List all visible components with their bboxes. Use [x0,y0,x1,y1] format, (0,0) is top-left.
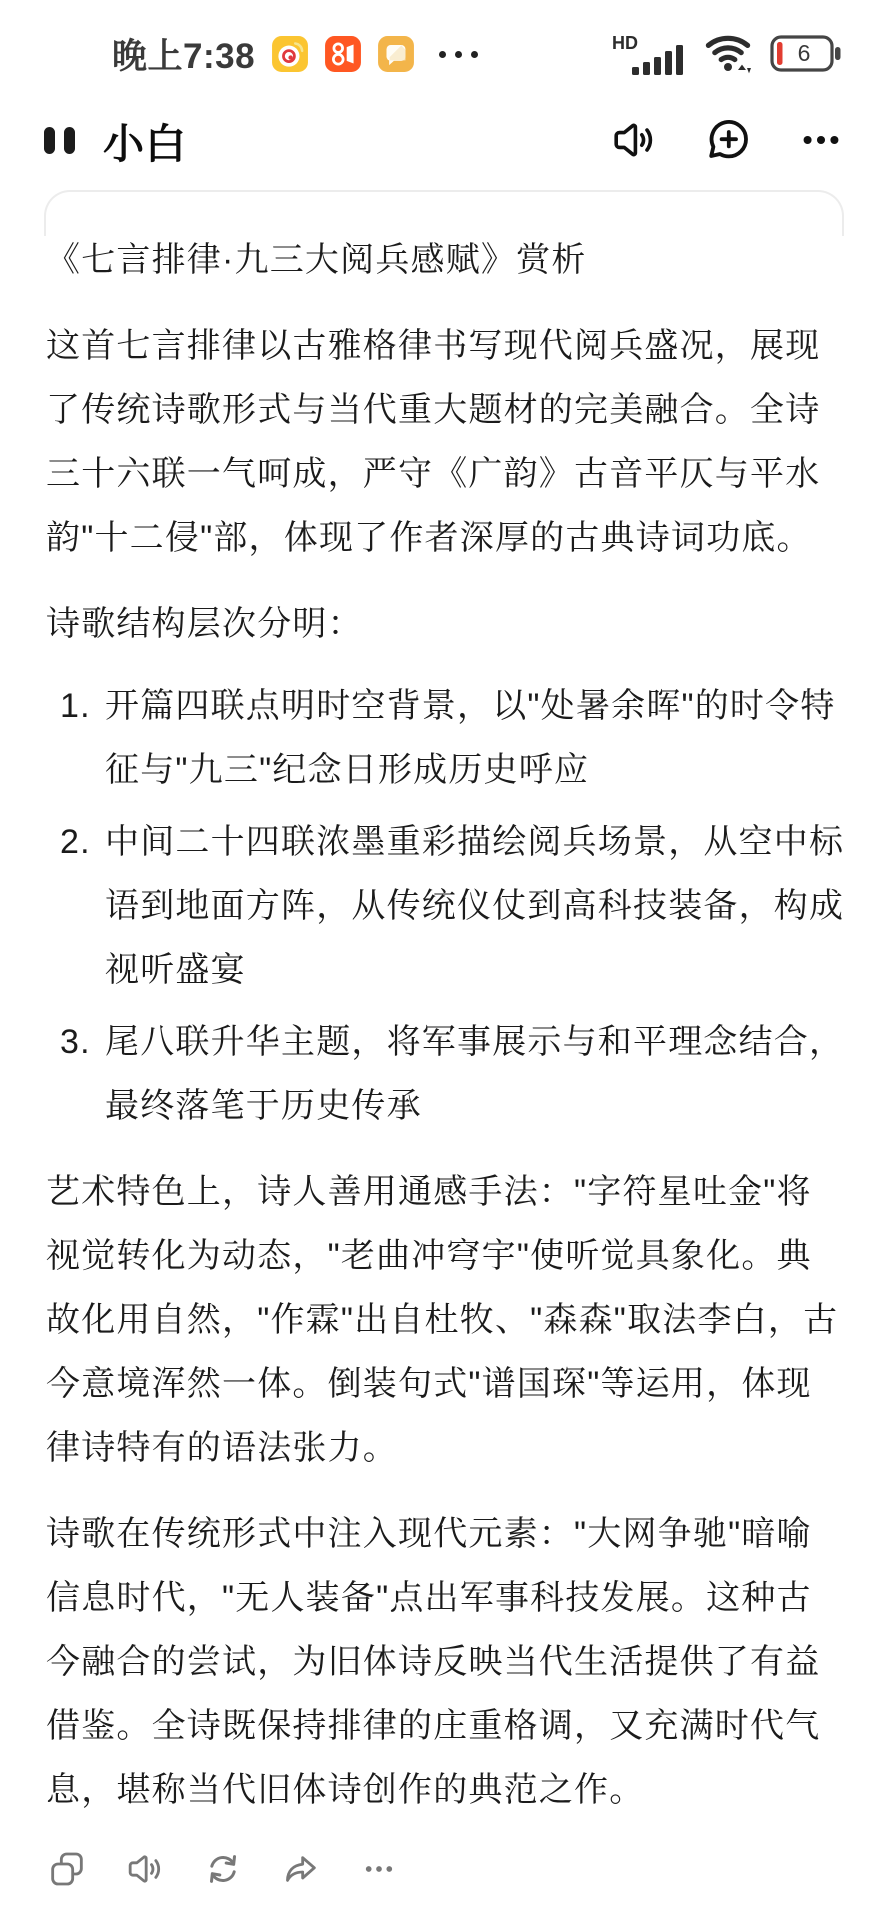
assistant-message: 《七言排律·九三大阅兵感赋》赏析 这首七言排律以古雅格律书写现代阅兵盛况，展现了… [46,206,846,1890]
header-actions [610,116,844,164]
list-item-number: 1. [60,674,91,738]
paragraph-conclusion: 诗歌在传统形式中注入现代元素："大网争驰"暗喻信息时代，"无人装备"点出军事科技… [46,1502,846,1822]
app-header: 小白 [0,92,888,188]
assistant-name: 小白 [103,111,187,170]
read-aloud-button[interactable] [124,1848,166,1890]
status-more-dots [439,51,478,58]
list-item-text: 中间二十四联浓墨重彩描绘阅兵场景，从空中标语到地面方阵，从传统仪仗到高科技装备，… [105,823,844,989]
list-item-text: 尾八联升华主题，将军事展示与和平理念结合，最终落笔于历史传承 [105,1023,844,1125]
status-bar: 晚上7:38 [0,0,888,92]
pause-icon[interactable] [44,127,75,154]
share-icon [281,1849,321,1889]
list-item-number: 2. [60,810,91,874]
battery-percent: 6 [776,35,832,71]
list-item-text: 开篇四联点明时空背景，以"处暑余晖"的时令特征与"九三"纪念日形成历史呼应 [105,687,836,789]
copy-icon [47,1849,87,1889]
battery-icon: 6 [770,35,842,73]
list-item: 2. 中间二十四联浓墨重彩描绘阅兵场景，从空中标语到地面方阵，从传统仪仗到高科技… [46,810,846,1002]
speaker-icon [125,1849,165,1889]
status-app-icons [271,35,415,73]
message-toolbar [46,1848,846,1890]
signal-bars-icon: HD [612,29,690,79]
wifi-icon [704,31,756,77]
more-actions-button[interactable] [358,1848,400,1890]
memo-icon [377,35,415,73]
weibo-icon [271,35,309,73]
more-icon [360,1850,398,1888]
structure-heading: 诗歌结构层次分明： [46,592,846,656]
status-right-cluster: HD [612,29,842,79]
speaker-icon[interactable] [610,116,658,164]
copy-button[interactable] [46,1848,88,1890]
kuaishou-icon [324,35,362,73]
list-item-number: 3. [60,1010,91,1074]
paragraph-intro: 这首七言排律以古雅格律书写现代阅兵盛况，展现了传统诗歌形式与当代重大题材的完美融… [46,314,846,570]
structure-list: 1. 开篇四联点明时空背景，以"处暑余晖"的时令特征与"九三"纪念日形成历史呼应… [46,674,846,1138]
regenerate-button[interactable] [202,1848,244,1890]
list-item: 3. 尾八联升华主题，将军事展示与和平理念结合，最终落笔于历史传承 [46,1010,846,1138]
regenerate-icon [203,1849,243,1889]
status-time: 晚上7:38 [112,29,255,79]
analysis-title: 《七言排律·九三大阅兵感赋》赏析 [46,228,846,292]
new-chat-icon[interactable] [704,116,752,164]
paragraph-artistry: 艺术特色上，诗人善用通感手法："字符星吐金"将视觉转化为动态，"老曲冲穹宇"使听… [46,1160,846,1480]
share-button[interactable] [280,1848,322,1890]
more-icon[interactable] [798,117,844,163]
list-item: 1. 开篇四联点明时空背景，以"处暑余晖"的时令特征与"九三"纪念日形成历史呼应 [46,674,846,802]
phone-screen: 晚上7:38 [0,0,888,1920]
